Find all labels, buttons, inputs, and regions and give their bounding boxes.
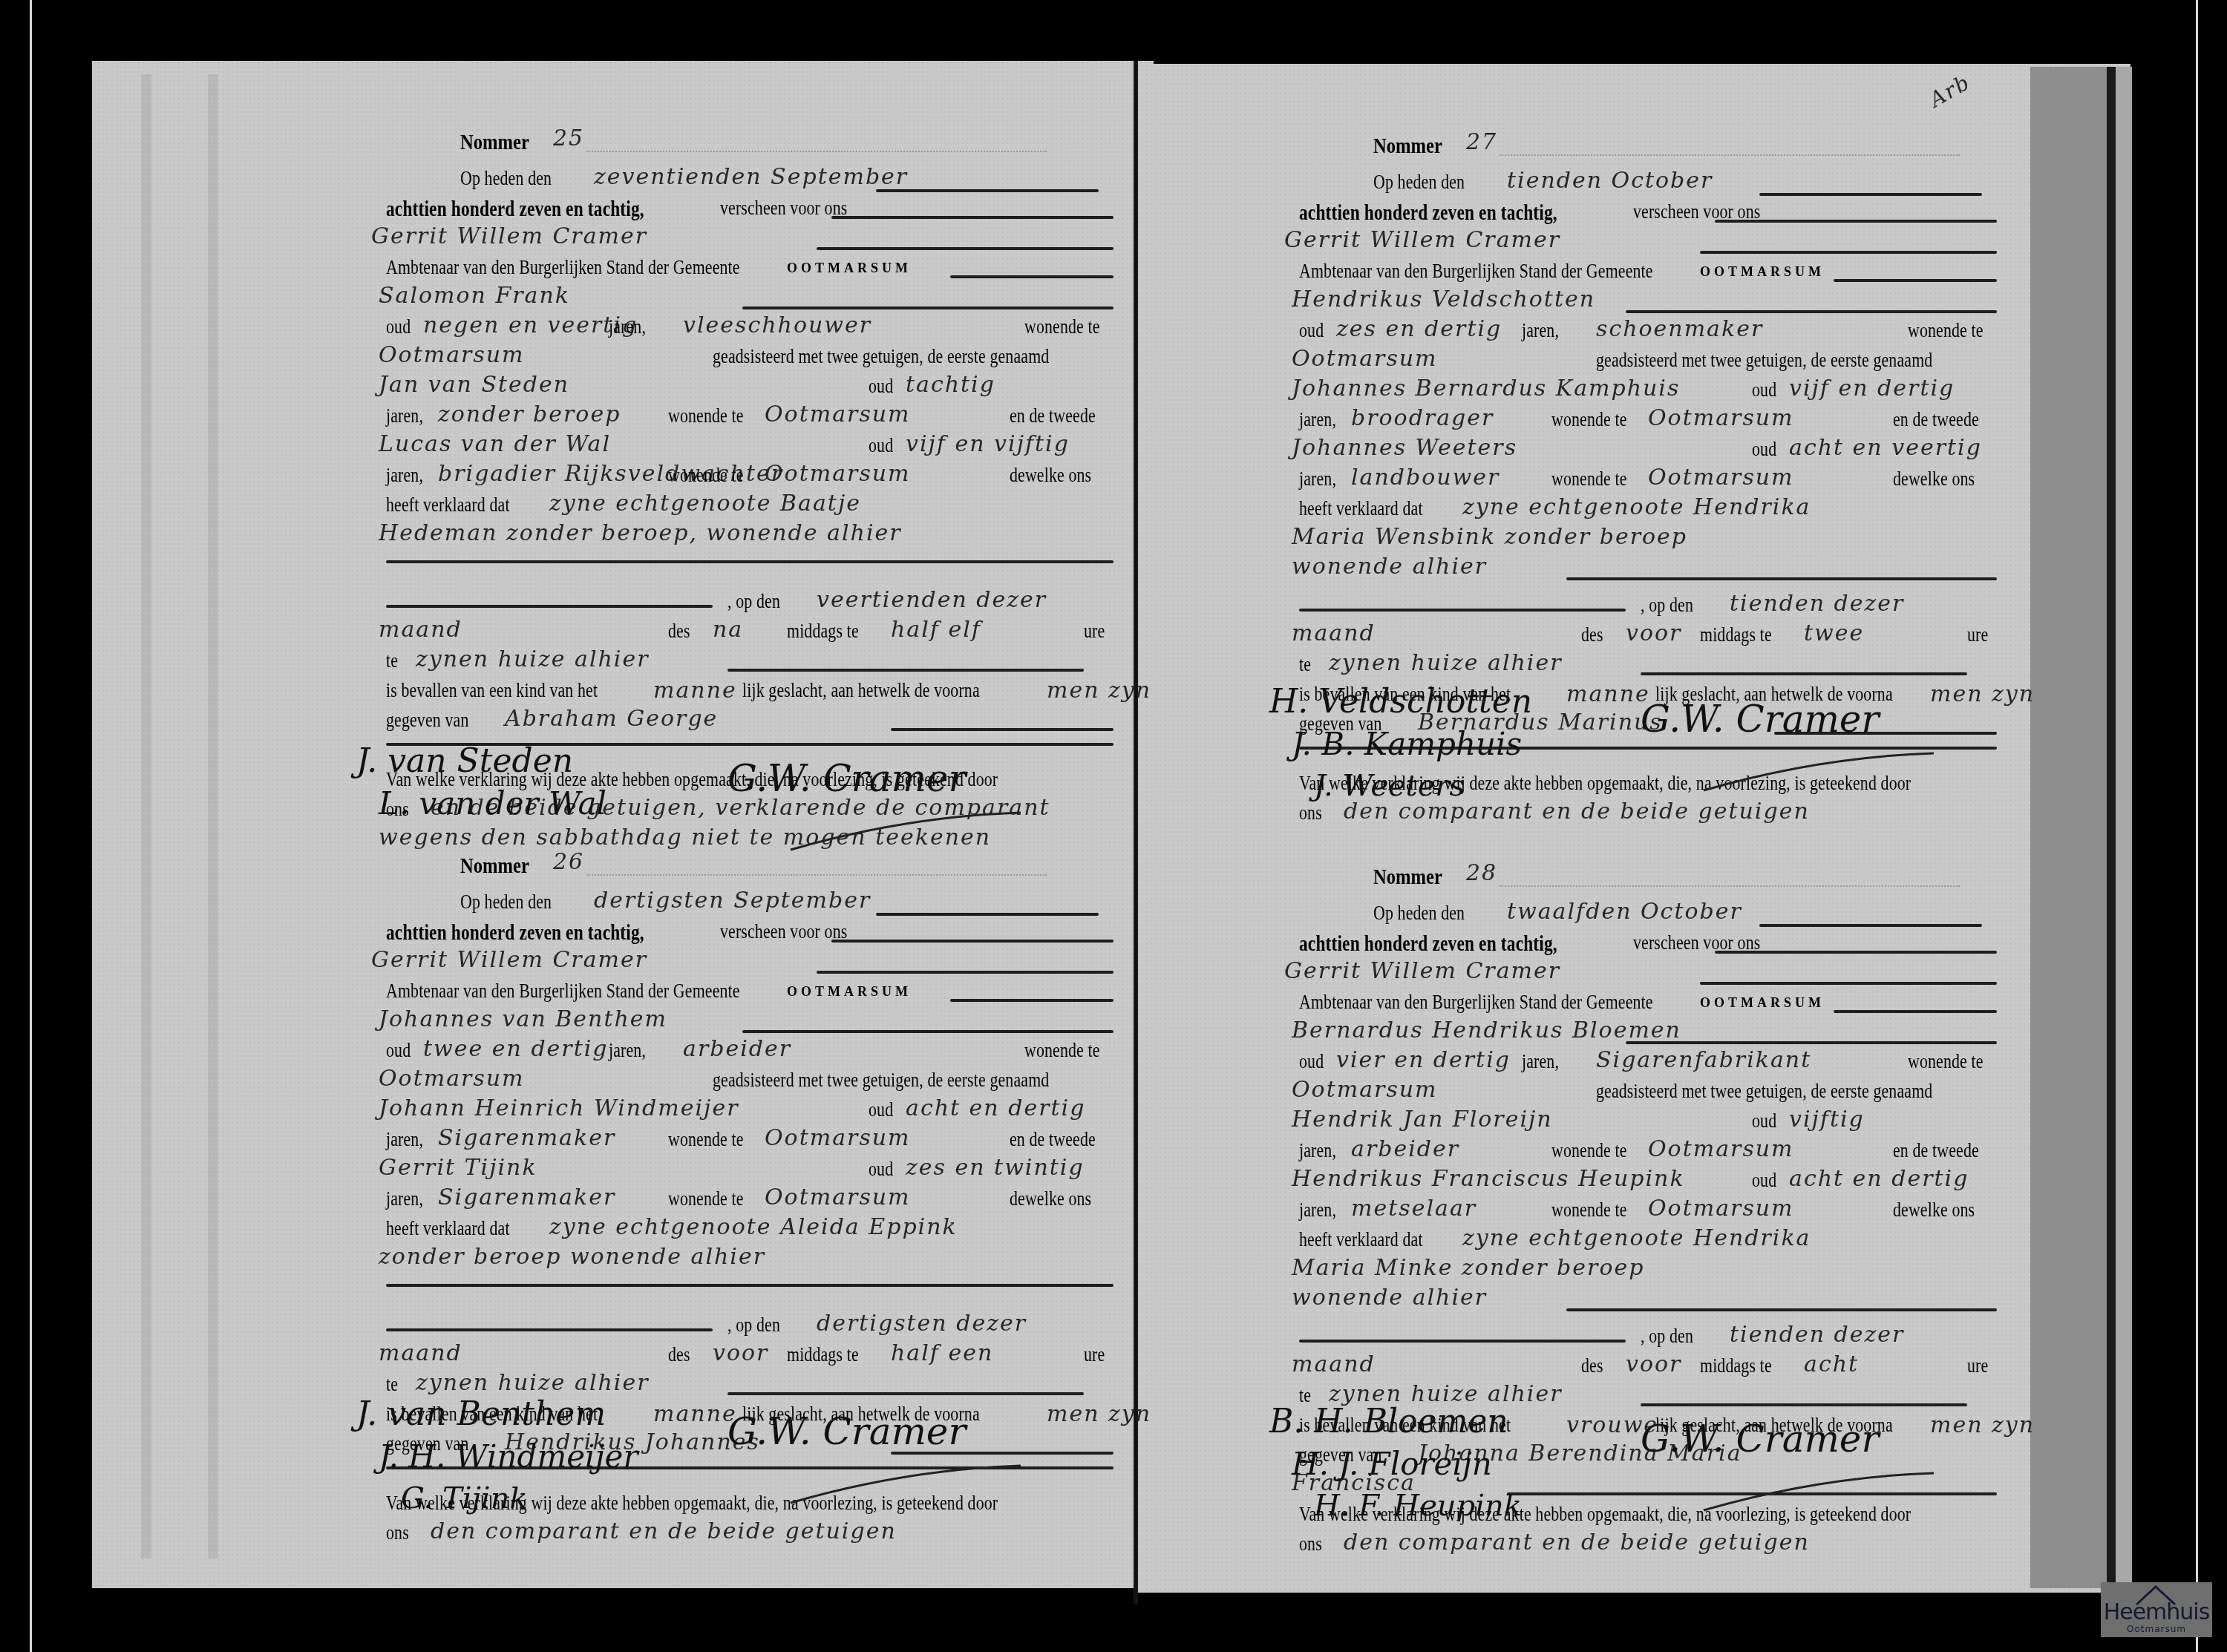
blank-rule (1834, 279, 1997, 282)
lijk-geslacht-label: lijk geslacht, aan hetwelk de voorna (742, 679, 980, 703)
officer-signature: G.W. Cramer (727, 1410, 966, 1453)
witness2-name: Hendrikus Franciscus Heupink (1292, 1166, 1685, 1192)
middags-te-label: middags te (1700, 1354, 1772, 1378)
record-date: twaalfden October (1507, 899, 1742, 925)
wonende-te-label: wonende te (1024, 315, 1100, 339)
birth-day: tienden dezer (1730, 591, 1904, 617)
witness1-name: Johann Heinrich Windmeijer (379, 1095, 739, 1121)
witness1-occupation: zonder beroep (438, 401, 621, 427)
witness1-residence: Ootmarsum (765, 401, 911, 427)
nommer-label: Nommer (460, 130, 529, 155)
name-suffix: men zyn (1047, 1401, 1151, 1427)
declarant-age: negen en veertig (423, 312, 638, 338)
municipality: OOTMARSUM (787, 260, 912, 276)
geadsisteerd-label: geadsisteerd met twee getuigen, de eerst… (1596, 1080, 1932, 1104)
blank-rule (1641, 672, 1967, 675)
officer-name: Gerrit Willem Cramer (371, 947, 647, 973)
child-sex: manne (1566, 681, 1650, 707)
middags-te-label: middags te (787, 1343, 859, 1367)
ambtenaar-label: Ambtenaar van den Burgerlijken Stand der… (386, 980, 740, 1003)
blank-rule (1834, 1010, 1997, 1013)
witness1-occupation: Sigarenmaker (438, 1125, 615, 1151)
middags-te-label: middags te (1700, 623, 1772, 647)
signature-flourish (1700, 750, 1937, 798)
year-line: achttien honderd zeven en tachtig, (1299, 200, 1557, 226)
watermark-place: Ootmarsum (2101, 1624, 2212, 1634)
book-gutter (1134, 61, 1138, 1605)
blank-rule (876, 913, 1099, 916)
ure-label: ure (1084, 1343, 1105, 1367)
heeft-verklaard-label: heeft verklaard dat (1299, 497, 1423, 521)
officer-signature: G.W. Cramer (727, 757, 966, 800)
te-label: te (386, 649, 398, 673)
jaren-label: jaren, (1522, 1050, 1559, 1074)
month-word: maand (1292, 620, 1376, 646)
declarant-age: zes en dertig (1336, 316, 1502, 342)
verscheen-label: verscheen voor ons (720, 920, 847, 944)
witness-signature: J. H. Windmeijer (379, 1438, 638, 1475)
ure-label: ure (1967, 623, 1988, 647)
ons-label: ons (1299, 1533, 1322, 1556)
declarant-name: Bernardus Hendrikus Bloemen (1292, 1017, 1681, 1043)
ambtenaar-label: Ambtenaar van den Burgerlijken Stand der… (1299, 260, 1653, 283)
statement-line-3: wonende alhier (1292, 1285, 1487, 1311)
wonende-te-label: wonende te (668, 464, 744, 488)
day-part: na (713, 617, 743, 643)
oud-label: oud (1299, 1050, 1324, 1074)
birth-time: twee (1804, 620, 1864, 646)
declarant-occupation: Sigarenfabrikant (1596, 1047, 1811, 1073)
blank-rule (1715, 220, 1997, 223)
te-label: te (1299, 653, 1311, 677)
oud-label: oud (1752, 438, 1776, 462)
witness2-age: acht en dertig (1789, 1166, 1969, 1192)
book-edge (2030, 67, 2112, 1588)
en-de-tweede-label: en de tweede (1010, 404, 1096, 428)
name-suffix: men zyn (1930, 681, 2035, 707)
signed-by-line-1: den comparant en de beide getuigen (1344, 1530, 1810, 1556)
jaren-label: jaren, (1299, 1199, 1336, 1222)
oud-label: oud (869, 1098, 893, 1122)
witness2-name: Lucas van der Wal (379, 431, 611, 457)
month-word: maand (379, 1340, 462, 1366)
blank-rule (817, 971, 1113, 974)
wonende-te-label: wonende te (1551, 1139, 1627, 1163)
oud-label: oud (1752, 1109, 1776, 1133)
declarant-name: Salomon Frank (379, 283, 570, 309)
record-date: zeventienden September (594, 164, 908, 190)
witness1-name: Johannes Bernardus Kamphuis (1292, 376, 1680, 401)
witness1-residence: Ootmarsum (1648, 405, 1794, 431)
en-de-tweede-label: en de tweede (1010, 1128, 1096, 1152)
op-heden-label: Op heden den (1373, 902, 1465, 925)
witness-signature: G. Tijink (401, 1481, 528, 1515)
child-sex: manne (653, 1401, 737, 1427)
witness1-age: vijf en dertig (1789, 376, 1955, 401)
dotted-guide (1500, 154, 1960, 156)
oud-label: oud (869, 375, 893, 399)
verscheen-label: verscheen voor ons (720, 197, 847, 220)
gegeven-van-label: gegeven van (386, 709, 468, 732)
witness2-residence: Ootmarsum (765, 461, 911, 487)
heeft-verklaard-label: heeft verklaard dat (386, 494, 510, 517)
page-crease (208, 74, 218, 1558)
birth-day: tienden dezer (1730, 1322, 1904, 1348)
blank-rule (1700, 251, 1997, 254)
book-spine-edge (2107, 67, 2116, 1588)
witness-signature: J. van Steden (356, 742, 573, 780)
page-crease (141, 74, 151, 1558)
oud-label: oud (869, 434, 893, 458)
witness-signature: H. Veldschotten (1269, 683, 1532, 721)
witness-signature: L. van der Wal (379, 785, 606, 822)
blank-rule (891, 728, 1113, 731)
nommer-label: Nommer (460, 853, 529, 879)
des-label: des (668, 620, 690, 643)
birth-place: zynen huize alhier (1329, 650, 1563, 676)
month-word: maand (1292, 1351, 1376, 1377)
geadsisteerd-label: geadsisteerd met twee getuigen, de eerst… (713, 345, 1049, 369)
des-label: des (1581, 623, 1603, 647)
witness2-name: Johannes Weeters (1292, 435, 1517, 461)
birth-day: veertienden dezer (817, 587, 1047, 613)
officer-name: Gerrit Willem Cramer (1284, 227, 1560, 253)
witness-signature: B. H. Bloemen (1269, 1403, 1508, 1440)
op-heden-label: Op heden den (460, 167, 552, 191)
watermark-name: Heemhuis (2101, 1602, 2212, 1624)
oud-label: oud (1752, 1169, 1776, 1193)
statement-line-1: zyne echtgenoote Hendrika (1462, 494, 1811, 520)
officer-signature: G.W. Cramer (1641, 698, 1879, 741)
blank-rule (950, 999, 1113, 1002)
dewelke-ons-label: dewelke ons (1010, 1187, 1091, 1211)
witness1-name: Hendrik Jan Floreijn (1292, 1107, 1553, 1133)
statement-line-2: zonder beroep wonende alhier (379, 1244, 765, 1270)
declarant-name: Johannes van Benthem (379, 1006, 667, 1032)
en-de-tweede-label: en de tweede (1893, 408, 1979, 432)
dotted-guide (586, 151, 1047, 152)
officer-signature: G.W. Cramer (1641, 1417, 1879, 1461)
witness-signature: J. Weeters (1314, 769, 1465, 803)
op-heden-label: Op heden den (1373, 171, 1465, 194)
blank-rule (1299, 609, 1626, 612)
witness-signature: H. F. Heupink (1314, 1489, 1522, 1523)
wonende-te-label: wonende te (1551, 408, 1627, 432)
blank-rule (950, 275, 1113, 278)
declarant-residence: Ootmarsum (1292, 346, 1438, 372)
wonende-te-label: wonende te (1908, 319, 1984, 343)
statement-line-1: zyne echtgenoote Baatje (549, 491, 861, 517)
record-number: 25 (553, 125, 584, 151)
nommer-label: Nommer (1373, 865, 1442, 890)
declarant-residence: Ootmarsum (1292, 1077, 1438, 1103)
blank-rule (386, 1284, 1113, 1287)
op-den-label: , op den (727, 1314, 780, 1337)
oud-label: oud (869, 1158, 893, 1181)
signature-flourish (1700, 1469, 1937, 1518)
jaren-label: jaren, (609, 1039, 646, 1063)
witness1-age: vijftig (1789, 1107, 1865, 1133)
signed-by-line-1: den comparant en de beide getuigen (431, 1518, 897, 1544)
ambtenaar-label: Ambtenaar van den Burgerlijken Stand der… (1299, 991, 1653, 1015)
op-den-label: , op den (727, 590, 780, 614)
witness2-age: vijf en vijftig (906, 431, 1070, 457)
jaren-label: jaren, (1299, 468, 1336, 491)
heemhuis-logo: Heemhuis Ootmarsum (2101, 1582, 2212, 1637)
officer-name: Gerrit Willem Cramer (1284, 958, 1560, 984)
witness2-occupation: landbouwer (1351, 465, 1500, 491)
dewelke-ons-label: dewelke ons (1893, 468, 1975, 491)
blank-rule (1626, 1041, 1997, 1044)
statement-line-3: wonende alhier (1292, 554, 1487, 580)
witness2-name: Gerrit Tijink (379, 1155, 537, 1181)
jaren-label: jaren, (609, 315, 646, 339)
wonende-te-label: wonende te (1551, 1199, 1627, 1222)
record-date: tienden October (1507, 168, 1713, 194)
record-number: 26 (553, 849, 584, 875)
blank-rule (1759, 193, 1982, 196)
des-label: des (668, 1343, 690, 1367)
name-suffix: men zyn (1047, 678, 1151, 704)
blank-rule (831, 940, 1113, 943)
year-line: achttien honderd zeven en tachtig, (386, 920, 644, 945)
jaren-label: jaren, (1522, 319, 1559, 343)
blank-rule (727, 1392, 1084, 1395)
child-name: Abraham George (505, 706, 718, 732)
jaren-label: jaren, (1299, 1139, 1336, 1163)
witness1-age: tachtig (906, 372, 995, 398)
statement-line-2: Maria Minke zonder beroep (1292, 1255, 1644, 1281)
municipality: OOTMARSUM (1700, 264, 1825, 280)
declarant-age: vier en dertig (1336, 1047, 1511, 1073)
declarant-residence: Ootmarsum (379, 1066, 525, 1092)
wonende-te-label: wonende te (668, 1187, 744, 1211)
witness1-name: Jan van Steden (379, 372, 569, 398)
witness-signature: J. van Benthem (356, 1395, 606, 1433)
blank-rule (727, 669, 1084, 672)
blank-rule (1566, 577, 1997, 580)
blank-rule (1299, 1340, 1626, 1343)
birth-place: zynen huize alhier (416, 1370, 650, 1396)
middags-te-label: middags te (787, 620, 859, 643)
op-den-label: , op den (1641, 594, 1693, 617)
wonende-te-label: wonende te (1908, 1050, 1984, 1074)
heeft-verklaard-label: heeft verklaard dat (386, 1217, 510, 1241)
witness1-occupation: broodrager (1351, 405, 1494, 431)
blank-rule (742, 307, 1113, 309)
dotted-guide (586, 874, 1047, 876)
witness2-residence: Ootmarsum (765, 1184, 911, 1210)
officer-name: Gerrit Willem Cramer (371, 223, 647, 249)
blank-rule (742, 1030, 1113, 1033)
wonende-te-label: wonende te (1551, 468, 1627, 491)
record-date: dertigsten September (594, 888, 871, 914)
declarant-name: Hendrikus Veldschotten (1292, 286, 1595, 312)
des-label: des (1581, 1354, 1603, 1378)
blank-rule (1626, 310, 1997, 313)
month-word: maand (379, 617, 462, 643)
wonende-te-label: wonende te (1024, 1039, 1100, 1063)
record-number: 27 (1466, 129, 1497, 155)
oud-label: oud (1299, 319, 1324, 343)
jaren-label: jaren, (386, 1187, 423, 1211)
birth-day: dertigsten dezer (817, 1311, 1027, 1337)
ure-label: ure (1084, 620, 1105, 643)
ons-label: ons (386, 1521, 409, 1545)
birth-time: half elf (891, 617, 981, 643)
witness1-occupation: arbeider (1351, 1136, 1459, 1162)
statement-line-1: zyne echtgenoote Aleida Eppink (549, 1214, 958, 1240)
birth-time: half een (891, 1340, 993, 1366)
oud-label: oud (386, 1039, 411, 1063)
blank-rule (831, 216, 1113, 219)
witness1-residence: Ootmarsum (1648, 1136, 1794, 1162)
wonende-te-label: wonende te (668, 1128, 744, 1152)
oud-label: oud (1752, 378, 1776, 402)
te-label: te (386, 1373, 398, 1397)
witness-signature: H. J. Floreijn (1292, 1446, 1492, 1482)
ambtenaar-label: Ambtenaar van den Burgerlijken Stand der… (386, 256, 740, 280)
witness1-age: acht en dertig (906, 1095, 1085, 1121)
blank-rule (386, 560, 1113, 563)
declarant-residence: Ootmarsum (379, 342, 525, 368)
witness1-residence: Ootmarsum (765, 1125, 911, 1151)
geadsisteerd-label: geadsisteerd met twee getuigen, de eerst… (1596, 349, 1932, 373)
oud-label: oud (386, 315, 411, 339)
jaren-label: jaren, (386, 1128, 423, 1152)
film-frame-left (30, 0, 32, 1652)
statement-line-1: zyne echtgenoote Hendrika (1462, 1225, 1811, 1251)
witness2-age: zes en twintig (906, 1155, 1085, 1181)
witness-signature: J. B. Kamphuis (1292, 726, 1522, 762)
jaren-label: jaren, (386, 404, 423, 428)
year-line: achttien honderd zeven en tachtig, (386, 197, 644, 222)
witness2-residence: Ootmarsum (1648, 1196, 1794, 1222)
declarant-occupation: vleeschhouwer (683, 312, 871, 338)
declarant-occupation: arbeider (683, 1036, 791, 1062)
blank-rule (1759, 924, 1982, 927)
birth-place: zynen huize alhier (416, 646, 650, 672)
en-de-tweede-label: en de tweede (1893, 1139, 1979, 1163)
heeft-verklaard-label: heeft verklaard dat (1299, 1228, 1423, 1252)
signature-flourish (787, 1462, 1024, 1510)
jaren-label: jaren, (386, 464, 423, 488)
blank-rule (817, 247, 1113, 250)
witness2-occupation: Sigarenmaker (438, 1184, 615, 1210)
op-den-label: , op den (1641, 1325, 1693, 1348)
signature-flourish (787, 809, 1024, 857)
year-line: achttien honderd zeven en tachtig, (1299, 931, 1557, 957)
blank-rule (1641, 1403, 1967, 1406)
blank-rule (1566, 1308, 1997, 1311)
day-part: voor (1626, 620, 1681, 646)
ure-label: ure (1967, 1354, 1988, 1378)
geadsisteerd-label: geadsisteerd met twee getuigen, de eerst… (713, 1069, 1049, 1092)
blank-rule (1715, 951, 1997, 954)
child-sex: manne (653, 678, 737, 704)
blank-rule (876, 189, 1099, 192)
declarant-age: twee en dertig (423, 1036, 609, 1062)
witness2-age: acht en veertig (1789, 435, 1982, 461)
blank-rule (386, 1328, 713, 1331)
nommer-label: Nommer (1373, 134, 1442, 159)
municipality: OOTMARSUM (787, 984, 912, 1000)
ons-label: ons (1299, 802, 1322, 825)
dewelke-ons-label: dewelke ons (1010, 464, 1091, 488)
witness2-residence: Ootmarsum (1648, 465, 1794, 491)
film-frame-right (2196, 0, 2198, 1652)
op-heden-label: Op heden den (460, 891, 552, 914)
birth-time: acht (1804, 1351, 1859, 1377)
witness2-occupation: metselaar (1351, 1196, 1477, 1222)
declarant-occupation: schoenmaker (1596, 316, 1763, 342)
statement-line-2: Maria Wensbink zonder beroep (1292, 524, 1687, 550)
is-bevallen-label: is bevallen van een kind van het (386, 679, 598, 703)
jaren-label: jaren, (1299, 408, 1336, 432)
blank-rule (386, 605, 713, 608)
dewelke-ons-label: dewelke ons (1893, 1199, 1975, 1222)
day-part: voor (713, 1340, 768, 1366)
municipality: OOTMARSUM (1700, 995, 1825, 1011)
day-part: voor (1626, 1351, 1681, 1377)
record-number: 28 (1466, 860, 1497, 886)
wonende-te-label: wonende te (668, 404, 744, 428)
dotted-guide (1500, 885, 1960, 887)
name-suffix: men zyn (1930, 1412, 2035, 1438)
blank-rule (1700, 982, 1997, 985)
book-edge (2116, 67, 2132, 1588)
statement-line-2: Hedeman zonder beroep, wonende alhier (379, 520, 902, 546)
